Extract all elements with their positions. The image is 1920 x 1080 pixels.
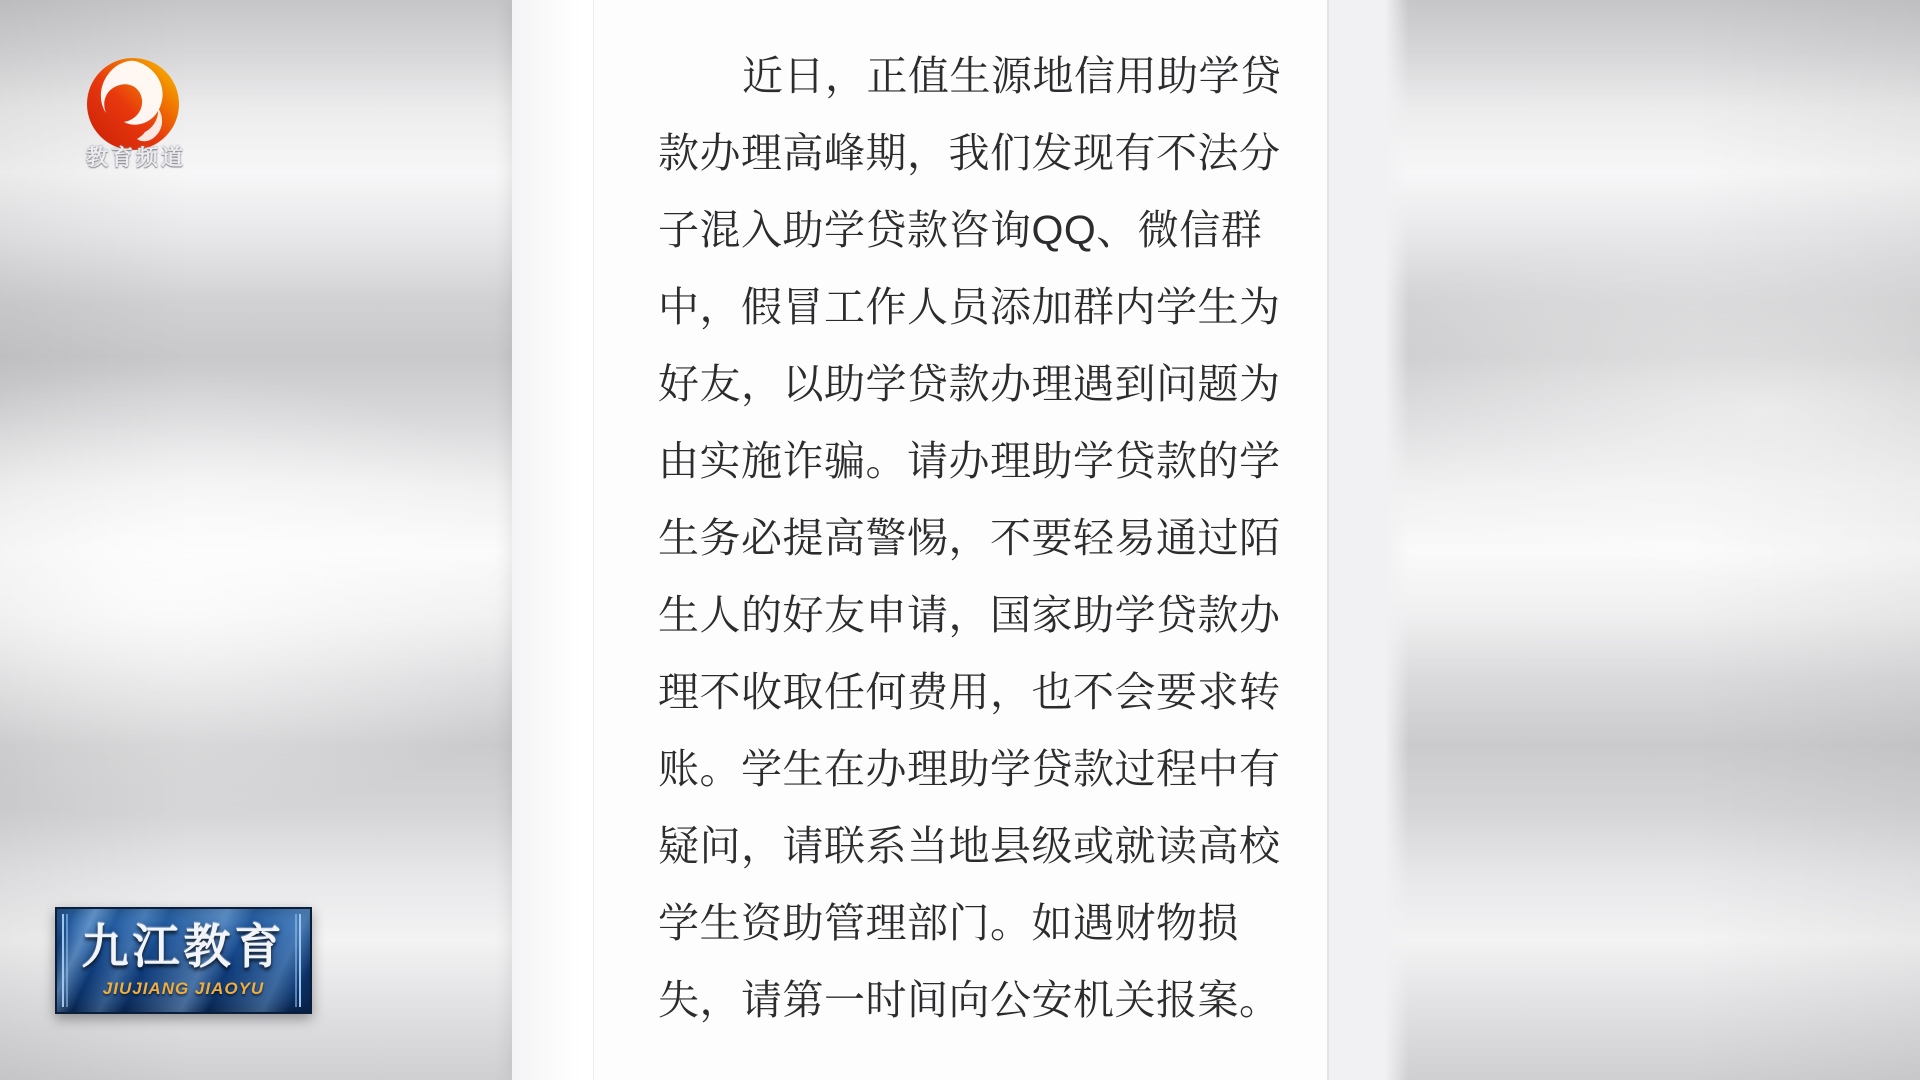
article-line: 生人的好友申请，国家助学贷款办 [658, 577, 1298, 654]
article-line: 子混入助学贷款咨询QQ、微信群 [658, 192, 1298, 269]
article-line: 由实施诈骗。请办理助学贷款的学 [658, 423, 1298, 500]
channel-logo-caption: 教育频道 [86, 141, 196, 172]
banner-subtitle: JIUJIANG JIAOYU [57, 980, 310, 997]
station-banner: 九江教育 JIUJIANG JIAOYU [55, 907, 312, 1014]
article-line: 理不收取任何费用，也不会要求转 [658, 654, 1298, 731]
article-line: 款办理高峰期，我们发现有不法分 [658, 115, 1298, 192]
article-line: 好友，以助学贷款办理遇到问题为 [658, 346, 1298, 423]
banner-title: 九江教育 [57, 923, 310, 970]
article-line: 失，请第一时间向公安机关报案。 [658, 962, 1298, 1039]
article-line: 近日，正值生源地信用助学贷 [658, 38, 1298, 115]
article-line: 生务必提高警惕，不要轻易通过陌 [658, 500, 1298, 577]
tv-frame: 近日，正值生源地信用助学贷 款办理高峰期，我们发现有不法分 子混入助学贷款咨询Q… [0, 0, 1920, 1080]
article-line: 疑问，请联系当地县级或就读高校 [658, 808, 1298, 885]
page-left-edge [512, 0, 594, 1080]
page-right-edge [1327, 0, 1409, 1080]
article-line: 中，假冒工作人员添加群内学生为 [658, 269, 1298, 346]
notice-text: 近日，正值生源地信用助学贷 款办理高峰期，我们发现有不法分 子混入助学贷款咨询Q… [658, 38, 1298, 1039]
article-line: 账。学生在办理助学贷款过程中有 [658, 731, 1298, 808]
article-line: 学生资助管理部门。如遇财物损 [658, 885, 1298, 962]
